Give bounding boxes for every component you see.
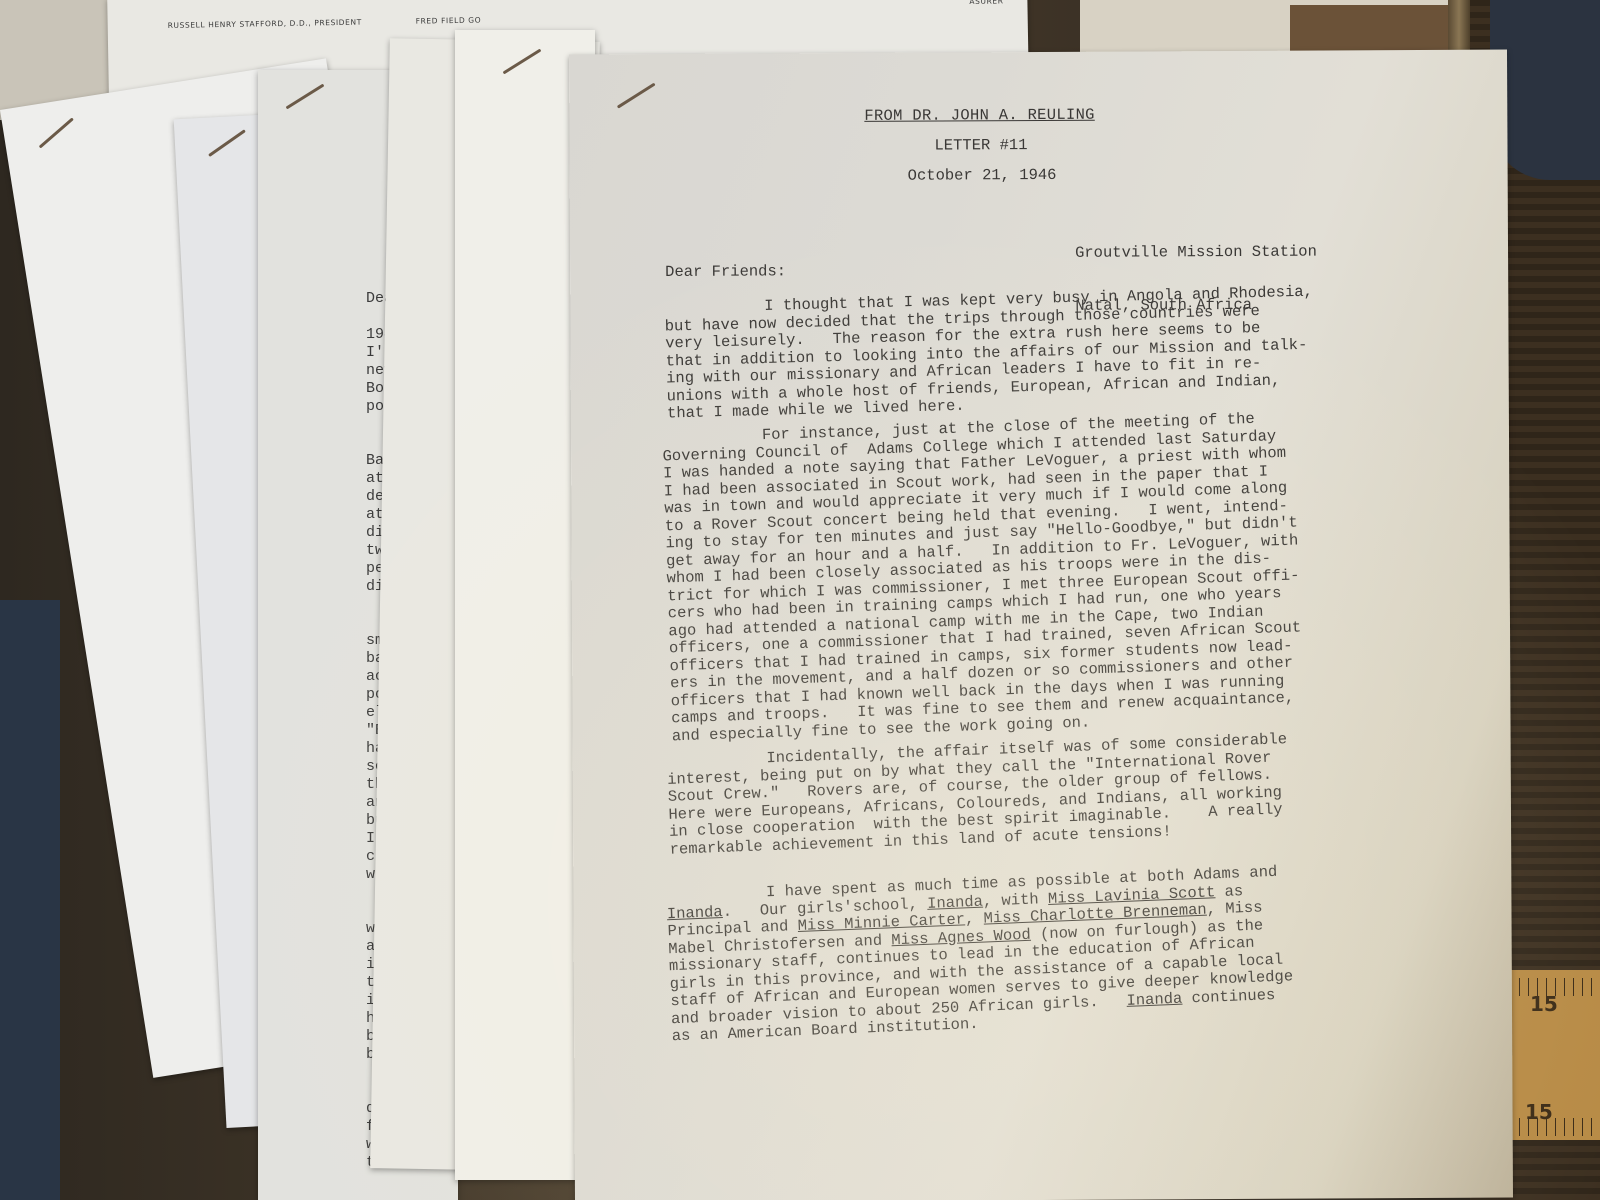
- staple-icon: [39, 117, 74, 148]
- letter-paragraph: For instance, just at the close of the m…: [662, 403, 1492, 745]
- address-line: Groutville Mission Station: [1075, 244, 1317, 263]
- ruler-mark: 15: [1530, 992, 1558, 1016]
- staple-icon: [286, 84, 325, 110]
- blue-folder: [0, 600, 60, 1200]
- staple-icon: [208, 129, 246, 157]
- ruler-ticks: [1510, 1118, 1595, 1136]
- letterhead-treasurer: ASURER: [969, 0, 1003, 6]
- letter-date: October 21, 1946: [908, 167, 1057, 185]
- letter-paragraph: Incidentally, the affair itself was of s…: [666, 724, 1489, 859]
- staple-icon: [503, 49, 542, 75]
- letter-paragraph: I have spent as much time as possible at…: [666, 855, 1492, 1045]
- letter-paragraph: I thought that I was kept very busy in A…: [664, 279, 1487, 423]
- letterhead-president: RUSSELL HENRY STAFFORD, D.D., PRESIDENT: [168, 18, 362, 30]
- letter-salutation: Dear Friends:: [665, 263, 786, 281]
- main-letter: FROM DR. JOHN A. REULING LETTER #11 Octo…: [569, 50, 1513, 1200]
- letter-title: FROM DR. JOHN A. REULING: [864, 107, 1095, 126]
- underlined-name: Inanda: [1126, 989, 1182, 1009]
- ruler: 15 15: [1500, 970, 1600, 1140]
- letter-number: LETTER #11: [934, 137, 1027, 155]
- staple-icon: [617, 83, 656, 109]
- letterhead-secretary: FRED FIELD GO: [416, 16, 482, 26]
